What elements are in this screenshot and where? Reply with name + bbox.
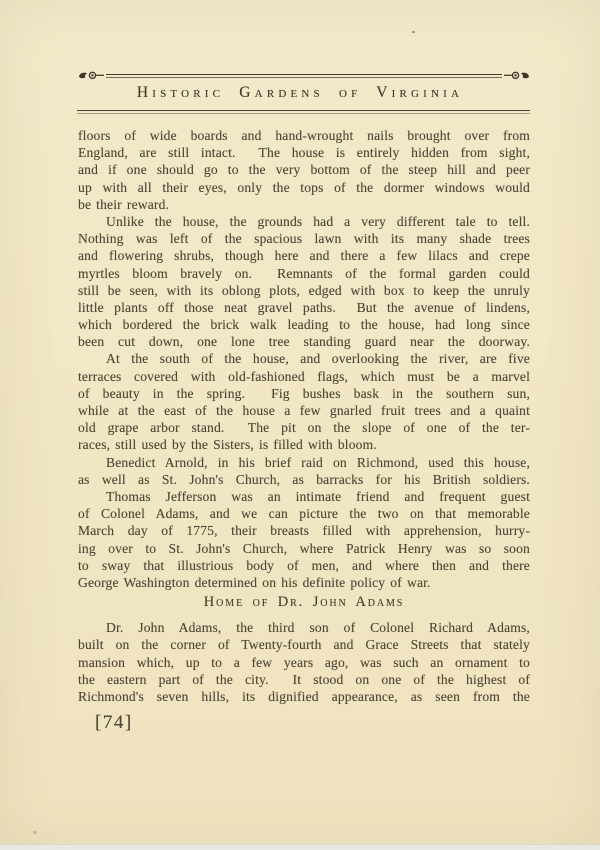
- text-line: mansion which, up to a few years ago, wa…: [78, 654, 530, 671]
- section-heading: Home of Dr. John Adams: [78, 594, 530, 611]
- text-line: Nothing was left of the spacious lawn wi…: [78, 230, 530, 247]
- text-line: Dr. John Adams, the third son of Colonel…: [78, 619, 530, 636]
- text-line: little plants off those neat gravel path…: [78, 299, 530, 316]
- text-line: of beauty in the spring. Fig bushes bask…: [78, 385, 530, 402]
- text-line: be their reward.: [78, 196, 530, 213]
- text-line: ing over to St. John's Church, where Pat…: [78, 540, 530, 557]
- text-line: old grape arbor stand. The pit on the sl…: [78, 419, 530, 436]
- text-line: floors of wide boards and hand-wrought n…: [78, 127, 530, 144]
- scan-speck: [33, 831, 37, 834]
- double-rule: [106, 74, 502, 78]
- text-line: George Washington determined on his defi…: [78, 574, 530, 591]
- text-line: At the south of the house, and overlooki…: [78, 350, 530, 367]
- text-line: while at the east of the house a few gna…: [78, 402, 530, 419]
- scan-edge: [0, 844, 600, 850]
- text-line: myrtles bloom bravely on. Remnants of th…: [78, 265, 530, 282]
- text-line: Benedict Arnold, in his brief raid on Ri…: [78, 454, 530, 471]
- text-line: Thomas Jefferson was an intimate friend …: [78, 488, 530, 505]
- text-line: built on the corner of Twenty-fourth and…: [78, 636, 530, 653]
- text-line: the eastern part of the city. It stood o…: [78, 671, 530, 688]
- text-line: been cut down, one lone tree standing gu…: [78, 333, 530, 350]
- body-text: floors of wide boards and hand-wrought n…: [78, 127, 530, 705]
- text-line: still be seen, with its oblong plots, ed…: [78, 282, 530, 299]
- book-page: Historic Gardens of Virginia floors of w…: [0, 0, 600, 850]
- paragraph: At the south of the house, and overlooki…: [78, 350, 530, 453]
- paragraph: Benedict Arnold, in his brief raid on Ri…: [78, 454, 530, 488]
- fleuron-left-icon: [78, 70, 104, 80]
- paragraph: floors of wide boards and hand-wrought n…: [78, 127, 530, 213]
- fleuron-right-icon: [504, 70, 530, 80]
- text-line: Unlike the house, the grounds had a very…: [78, 213, 530, 230]
- title-rule: [77, 110, 530, 114]
- text-line: terraces covered with old-fashioned flag…: [78, 368, 530, 385]
- text-line: Richmond's seven hills, its dignified ap…: [78, 688, 530, 705]
- text-line: to sway that illustrious body of men, an…: [78, 557, 530, 574]
- scan-speck: [412, 31, 415, 33]
- paragraph: Unlike the house, the grounds had a very…: [78, 213, 530, 351]
- text-line: and flowering shrubs, though here and th…: [78, 247, 530, 264]
- text-line: which bordered the brick walk leading to…: [78, 316, 530, 333]
- page-title: Historic Gardens of Virginia: [0, 84, 600, 102]
- page-number: [74]: [95, 712, 133, 734]
- header-rule: [78, 70, 530, 80]
- text-line: as well as St. John's Church, as barrack…: [78, 471, 530, 488]
- text-line: up with all their eyes, only the tops of…: [78, 179, 530, 196]
- paragraph: Dr. John Adams, the third son of Colonel…: [78, 619, 530, 705]
- text-line: races, still used by the Sisters, is fil…: [78, 436, 530, 453]
- text-line: and if one should go to the very bottom …: [78, 161, 530, 178]
- text-line: March day of 1775, their breasts filled …: [78, 522, 530, 539]
- paragraph: Thomas Jefferson was an intimate friend …: [78, 488, 530, 591]
- text-line: of Colonel Adams, and we can picture the…: [78, 505, 530, 522]
- text-line: England, are still intact. The house is …: [78, 144, 530, 161]
